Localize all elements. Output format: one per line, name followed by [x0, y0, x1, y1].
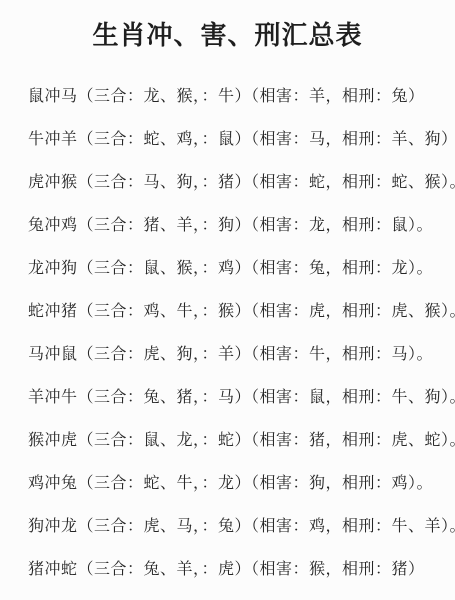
document-page: 生肖冲、害、刑汇总表 鼠冲马（三合：龙、猴，：牛）（相害：羊，相刑：兔） 牛冲羊… [0, 0, 455, 600]
page-title: 生肖冲、害、刑汇总表 [28, 20, 445, 52]
zodiac-row-horse: 马冲鼠（三合：虎、狗，：羊）（相害：牛，相刑：马）。 [28, 344, 445, 365]
zodiac-row-ox: 牛冲羊（三合：蛇、鸡，：鼠）（相害：马，相刑：羊、狗） [28, 129, 445, 150]
zodiac-row-rooster: 鸡冲兔（三合：蛇、牛，：龙）（相害：狗，相刑：鸡）。 [28, 473, 445, 494]
zodiac-rows-list: 鼠冲马（三合：龙、猴，：牛）（相害：羊，相刑：兔） 牛冲羊（三合：蛇、鸡，：鼠）… [28, 86, 445, 580]
zodiac-row-dragon: 龙冲狗（三合：鼠、猴，：鸡）（相害：兔，相刑：龙）。 [28, 258, 445, 279]
zodiac-row-pig: 猪冲蛇（三合：兔、羊，：虎）（相害：猴，相刑：猪） [28, 559, 445, 580]
zodiac-row-goat: 羊冲牛（三合：兔、猪，：马）（相害：鼠，相刑：牛、狗）。 [28, 387, 445, 408]
zodiac-row-monkey: 猴冲虎（三合：鼠、龙，：蛇）（相害：猪，相刑：虎、蛇）。 [28, 430, 445, 451]
zodiac-row-rat: 鼠冲马（三合：龙、猴，：牛）（相害：羊，相刑：兔） [28, 86, 445, 107]
zodiac-row-rabbit: 兔冲鸡（三合：猪、羊，：狗）（相害：龙，相刑：鼠）。 [28, 215, 445, 236]
zodiac-row-dog: 狗冲龙（三合：虎、马，：兔）（相害：鸡，相刑：牛、羊）。 [28, 516, 445, 537]
zodiac-row-tiger: 虎冲猴（三合：马、狗，：猪）（相害：蛇，相刑：蛇、猴）。 [28, 172, 445, 193]
zodiac-row-snake: 蛇冲猪（三合：鸡、牛，：猴）（相害：虎，相刑：虎、猴）。 [28, 301, 445, 322]
